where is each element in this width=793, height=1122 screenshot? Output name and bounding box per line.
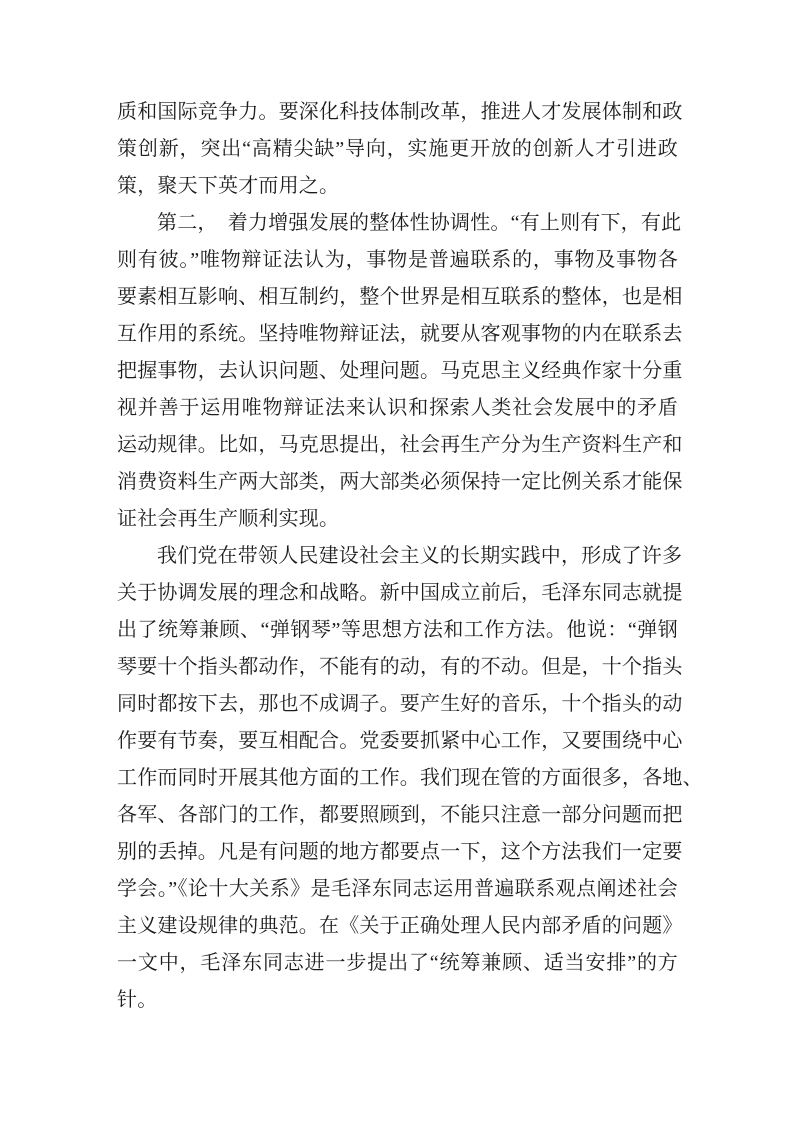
text-line: 作要有节奏，要互相配合。党委要抓紧中心工作，又要围绕中心: [117, 723, 678, 760]
text-line: 视并善于运用唯物辩证法来认识和探索人类社会发展中的矛盾: [117, 390, 678, 427]
text-line: 各军、各部门的工作，都要照顾到，不能只注意一部分问题而把: [117, 797, 678, 834]
text-line: 主义建设规律的典范。在《关于正确处理人民内部矛盾的问题》: [117, 908, 678, 945]
text-line: 一文中，毛泽东同志进一步提出了“统筹兼顾、适当安排”的方: [117, 945, 678, 982]
document-text: 质和国际竞争力。要深化科技体制改革，推进人才发展体制和政策创新，突出“高精尖缺”…: [117, 94, 678, 1019]
text-line: 出了统筹兼顾、“弹钢琴”等思想方法和工作方法。他说：“弹钢: [117, 612, 678, 649]
text-line: 琴要十个指头都动作，不能有的动，有的不动。但是，十个指头: [117, 649, 678, 686]
text-line: 策创新，突出“高精尖缺”导向，实施更开放的创新人才引进政: [117, 131, 678, 168]
text-line: 工作而同时开展其他方面的工作。我们现在管的方面很多，各地、: [117, 760, 678, 797]
document-page: 质和国际竞争力。要深化科技体制改革，推进人才发展体制和政策创新，突出“高精尖缺”…: [0, 0, 793, 1122]
text-line: 我们党在带领人民建设社会主义的长期实践中，形成了许多: [117, 538, 678, 575]
text-line: 则有彼。”唯物辩证法认为，事物是普遍联系的，事物及事物各: [117, 242, 678, 279]
text-line: 运动规律。比如，马克思提出，社会再生产分为生产资料生产和: [117, 427, 678, 464]
text-line: 证社会再生产顺利实现。: [117, 501, 678, 538]
text-line: 针。: [117, 982, 678, 1019]
text-line: 消费资料生产两大部类，两大部类必须保持一定比例关系才能保: [117, 464, 678, 501]
paragraph-2: 第二， 着力增强发展的整体性协调性。“有上则有下，有此则有彼。”唯物辩证法认为，…: [117, 205, 678, 538]
paragraph-1: 质和国际竞争力。要深化科技体制改革，推进人才发展体制和政策创新，突出“高精尖缺”…: [117, 94, 678, 205]
text-line: 互作用的系统。坚持唯物辩证法，就要从客观事物的内在联系去: [117, 316, 678, 353]
text-line: 策，聚天下英才而用之。: [117, 168, 678, 205]
text-line: 别的丢掉。凡是有问题的地方都要点一下，这个方法我们一定要: [117, 834, 678, 871]
text-line: 质和国际竞争力。要深化科技体制改革，推进人才发展体制和政: [117, 94, 678, 131]
text-line: 把握事物，去认识问题、处理问题。马克思主义经典作家十分重: [117, 353, 678, 390]
text-line: 要素相互影响、相互制约，整个世界是相互联系的整体，也是相: [117, 279, 678, 316]
text-line: 关于协调发展的理念和战略。新中国成立前后，毛泽东同志就提: [117, 575, 678, 612]
text-line: 第二， 着力增强发展的整体性协调性。“有上则有下，有此: [117, 205, 678, 242]
paragraph-3: 我们党在带领人民建设社会主义的长期实践中，形成了许多关于协调发展的理念和战略。新…: [117, 538, 678, 1019]
text-line: 学会。”《论十大关系》是毛泽东同志运用普遍联系观点阐述社会: [117, 871, 678, 908]
text-line: 同时都按下去，那也不成调子。要产生好的音乐，十个指头的动: [117, 686, 678, 723]
